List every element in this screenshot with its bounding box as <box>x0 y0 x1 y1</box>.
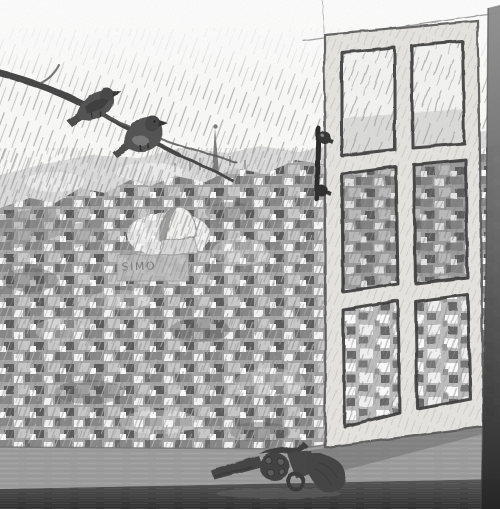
sketch-canvas: SIMO <box>0 0 500 509</box>
pencil-sketch-drawing: SIMO <box>0 0 500 509</box>
paper-grain <box>0 0 500 509</box>
